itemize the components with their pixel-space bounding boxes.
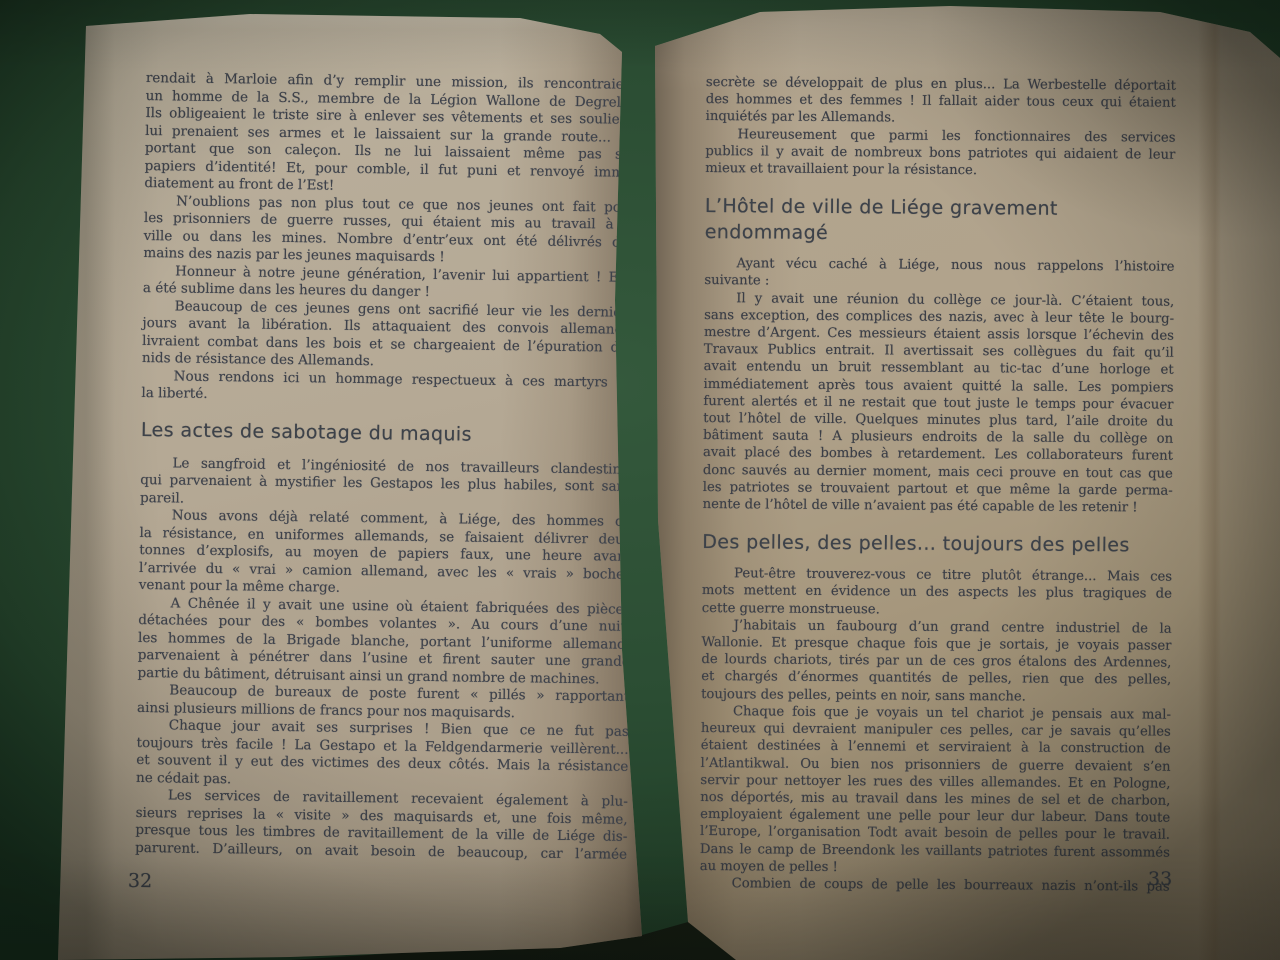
paragraph: Le sangfroid et l’ingéniosité de nos tra… [140,454,633,513]
paragraph: N’oublions pas non plus tout ce que nos … [143,192,636,269]
text-line: nente de l’hôtel de ville n’avaient pas … [703,496,1173,517]
paragraph: Ayant vécu caché à Liége, nous nous rapp… [704,255,1174,293]
page-number-right: 33 [1148,868,1172,890]
paragraph: Les services de ravitaillement recevaien… [135,787,628,864]
page-right-text: secrète se développait de plus en plus..… [700,74,1176,896]
paragraph: Beaucoup de ces jeunes gens ont sacrifié… [142,297,635,374]
section-heading: L’Hôtel de ville de Liége gravement endo… [705,193,1175,249]
section-heading: Des pelles, des pelles... toujours des p… [702,529,1172,559]
paragraph: J’habitais un faubourg d’un grand centre… [701,617,1172,707]
paragraph: rendait à Marloie afin d’y remplir une m… [144,70,638,199]
paragraph: A Chênée il y avait une usine où étaient… [137,594,630,688]
page-left-text: rendait à Marloie afin d’y remplir une m… [135,70,638,864]
paragraph: Heureusement que parmi les fonctionnaire… [705,126,1175,181]
section-heading: Les actes de sabotage du maquis [141,416,633,449]
paragraph: Nous rendons ici un hommage respectueux … [141,367,633,409]
paragraph: secrète se développait de plus en plus..… [706,74,1176,129]
paragraph: Nous avons déjà relaté comment, à Liége,… [139,507,632,601]
page-number-left: 32 [128,870,152,892]
paragraph: Chaque jour avait ses surprises ! Bien q… [136,717,629,794]
paragraph: Il y avait une réunion du collège ce jou… [703,290,1175,517]
paragraph: Combien de coups de pelle les bourreaux … [700,875,1170,896]
paragraph: Peut-être trouverez-vous ce titre plutôt… [702,565,1172,620]
open-book-photo: rendait à Marloie afin d’y remplir une m… [0,0,1280,960]
paragraph: Chaque fois que je voyais un tel chariot… [700,703,1171,879]
text-line: Combien de coups de pelle les bourreaux … [700,875,1170,896]
